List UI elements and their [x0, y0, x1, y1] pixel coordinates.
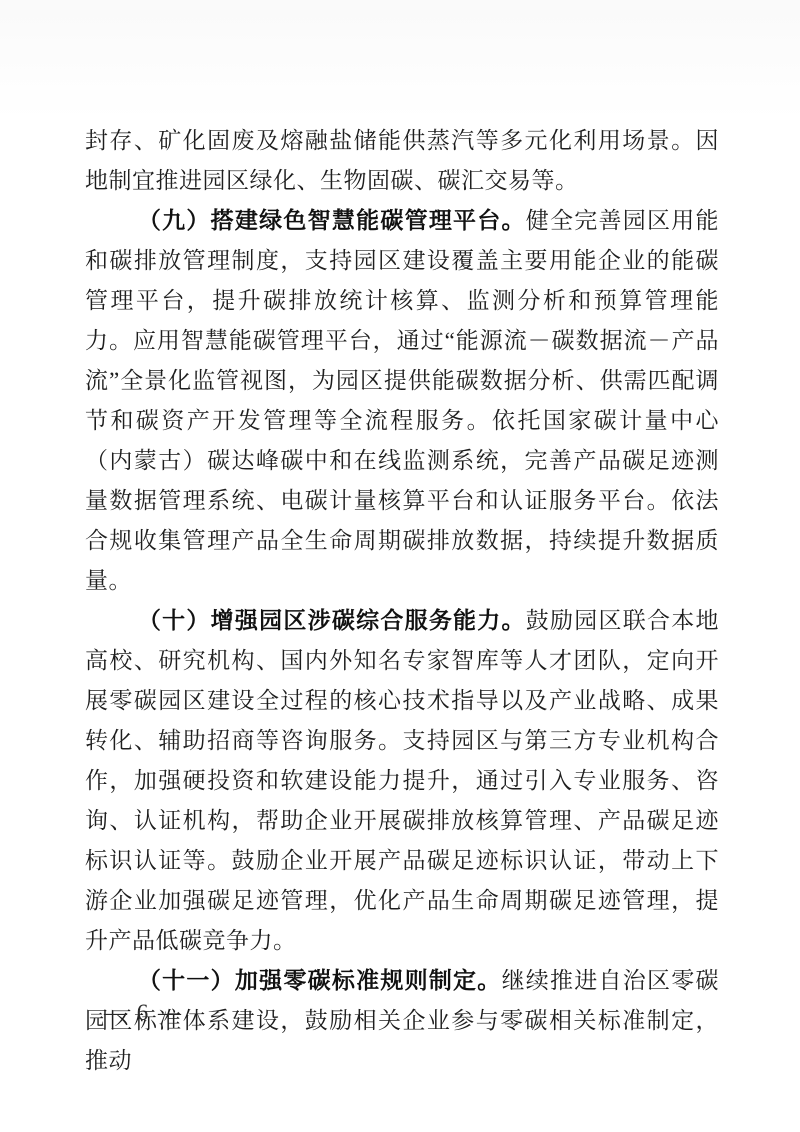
section-heading-run: （十）增强园区涉碳综合服务能力。 — [138, 608, 526, 633]
paragraph: （十）增强园区涉碳综合服务能力。鼓励园区联合本地高校、研究机构、国内外知名专家智… — [85, 601, 719, 961]
section-heading-run: （九）搭建绿色智慧能碳管理平台。 — [138, 208, 526, 233]
text-run: 封存、矿化固废及熔融盐储能供蒸汽等多元化利用场景。因地制宜推进园区绿化、生物固碳… — [85, 128, 719, 193]
paragraph: （九）搭建绿色智慧能碳管理平台。健全完善园区用能和碳排放管理制度，支持园区建设覆… — [85, 201, 719, 601]
document-page: 封存、矿化固废及熔融盐储能供蒸汽等多元化利用场景。因地制宜推进园区绿化、生物固碳… — [0, 0, 800, 1132]
section-heading-run: （十一）加强零碳标准规则制定。 — [138, 968, 502, 993]
scan-haze — [0, 0, 800, 120]
page-number: — 6 — — [104, 998, 183, 1028]
text-run: 健全完善园区用能和碳排放管理制度，支持园区建设覆盖主要用能企业的能碳管理平台，提… — [85, 208, 719, 593]
paragraph: 封存、矿化固废及熔融盐储能供蒸汽等多元化利用场景。因地制宜推进园区绿化、生物固碳… — [85, 121, 719, 201]
text-run: 鼓励园区联合本地高校、研究机构、国内外知名专家智库等人才团队，定向开展零碳园区建… — [85, 608, 719, 953]
document-body: 封存、矿化固废及熔融盐储能供蒸汽等多元化利用场景。因地制宜推进园区绿化、生物固碳… — [85, 121, 719, 1081]
